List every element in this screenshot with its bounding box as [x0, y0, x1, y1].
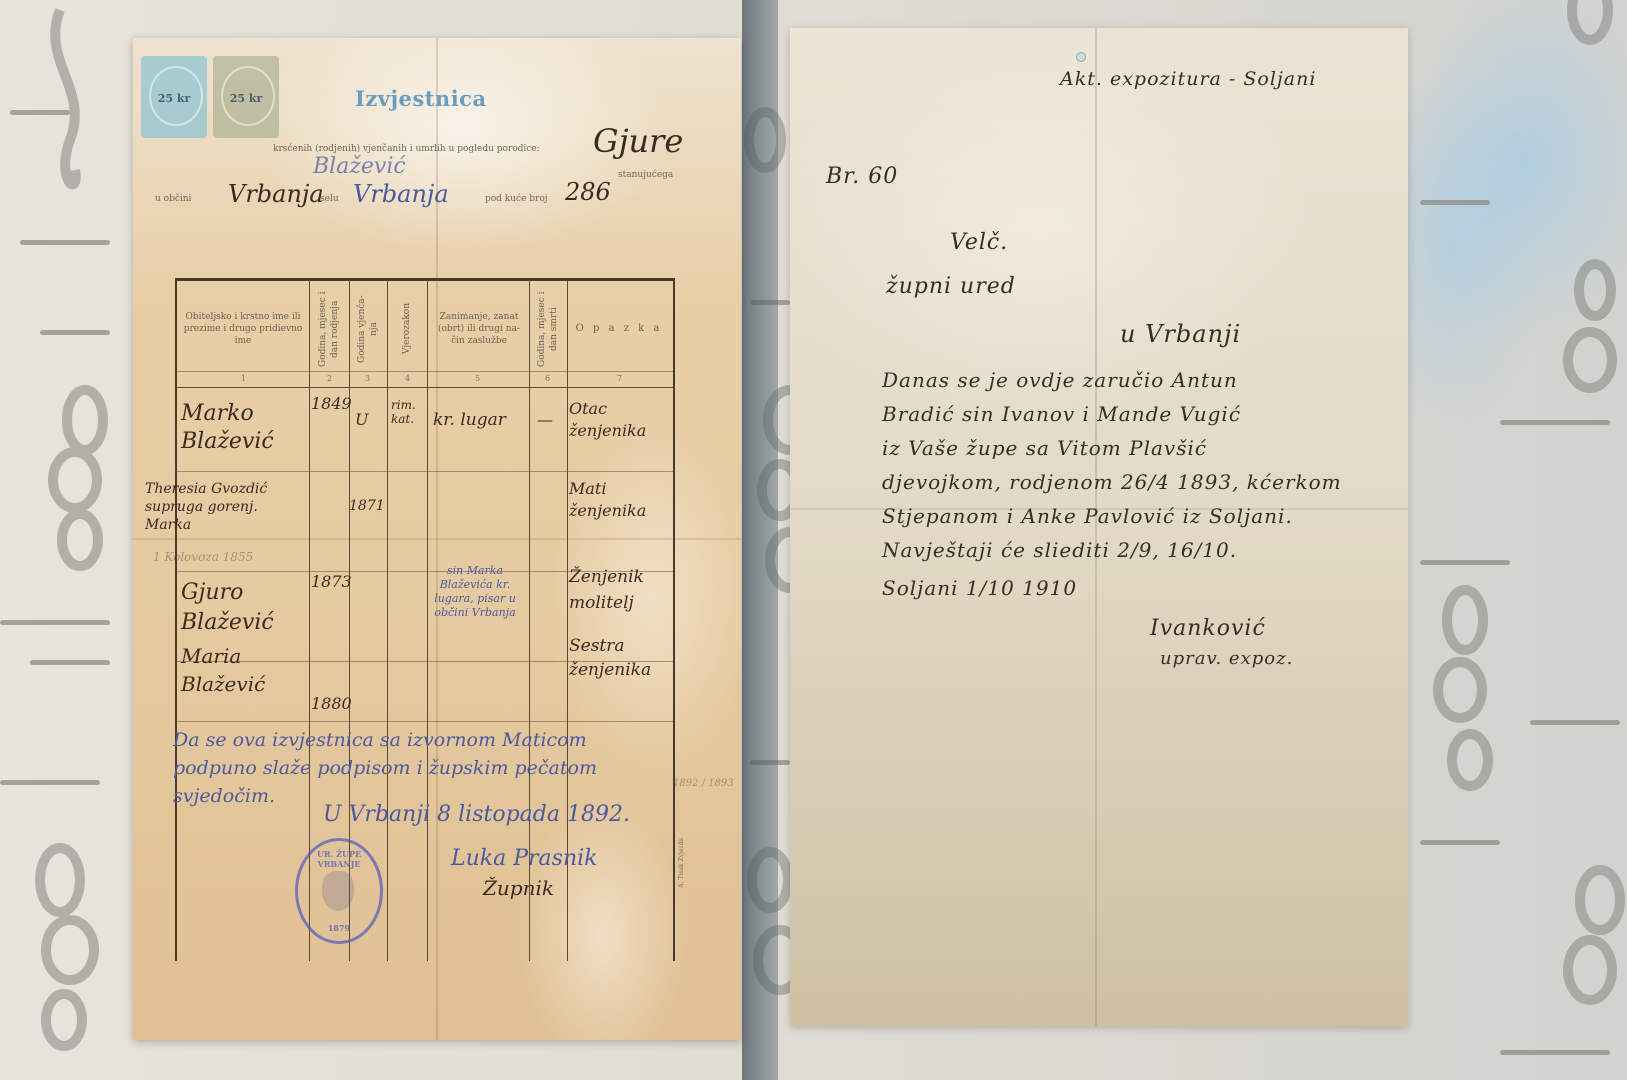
- column-header: Godina, mjesec i dan smrti: [531, 289, 565, 369]
- header-printed-text: krsćenih (rodjenih) vjenčanih i umrlih u…: [273, 144, 540, 154]
- header-obcina-value: Vrbanja: [228, 180, 324, 208]
- revenue-stamp: 25 kr: [141, 56, 207, 138]
- body-line: Danas se je ovdje zaručio Antun: [882, 368, 1238, 392]
- header-selo-value: Vrbanja: [353, 180, 449, 208]
- table-row-religion: rim. kat.: [391, 398, 425, 426]
- table-row-birth-year: 1880: [311, 694, 352, 713]
- column-header: Godina, mjesec i dan rodjenja: [311, 289, 347, 369]
- place-date: U Vrbanji 8 listopada 1892.: [323, 802, 630, 827]
- form-title: Izvjestnica: [355, 86, 487, 111]
- signature-title: Župnik: [483, 876, 554, 900]
- column-header: O p a z k a: [569, 289, 669, 369]
- column-number: 2: [327, 374, 332, 383]
- printer-mark: A. Tisak Zvjezda: [678, 838, 685, 888]
- addressee: župni ured: [886, 274, 1016, 299]
- table-row-name: Marko Blažević: [181, 400, 301, 456]
- column-number: 3: [365, 374, 370, 383]
- row-divider: [177, 721, 673, 722]
- wallpaper-dash: [40, 330, 110, 335]
- column-number: 5: [475, 374, 480, 383]
- table-row-marriage: 1871: [349, 498, 385, 514]
- table-row-occupation: sin Marka Blaževića kr. lugara, pisar u …: [425, 564, 525, 620]
- letter-document: Akt. expozitura - Soljani Br. 60 Velč. ž…: [790, 28, 1408, 1026]
- table-row-remark: Sestra ženjenika: [569, 634, 669, 682]
- table-row-birth: 1873: [311, 572, 352, 591]
- column-number: 7: [617, 374, 622, 383]
- body-line: Stjepanom i Anke Pavlović iz Soljani.: [882, 504, 1293, 528]
- table-row-remark: Mati ženjenika: [569, 478, 669, 522]
- row-divider: [177, 387, 673, 388]
- wallpaper-dash: [1500, 420, 1610, 425]
- table-row-name: Theresia Gvozdić supruga gorenj. Marka: [145, 480, 275, 534]
- certification-text: Da se ova izvjestnica sa izvornom Matico…: [173, 726, 673, 810]
- table-row-occupation: kr. lugar: [433, 410, 506, 430]
- izvjestnica-document: 25 kr 25 kr Izvjestnica krsćenih (rodjen…: [133, 38, 741, 1040]
- body-line: Bradić sin Ivanov i Mande Vugić: [882, 402, 1241, 426]
- body-line: djevojkom, rodjenom 26/4 1893, kćerkom: [882, 470, 1342, 494]
- signature: Luka Prasnik: [451, 846, 597, 871]
- signature-title: uprav. expoz.: [1160, 648, 1293, 669]
- pin-icon: [1076, 52, 1086, 62]
- wallpaper-dash: [1500, 1050, 1610, 1055]
- header-house-label: pod kuće broj: [485, 194, 548, 204]
- wallpaper-dash: [1420, 840, 1500, 845]
- margin-note: 1 Kolovoza 1855: [153, 550, 253, 564]
- seal-emblem-icon: [322, 871, 354, 911]
- date-line: Soljani 1/10 1910: [882, 576, 1077, 600]
- letterhead: Akt. expozitura - Soljani: [1060, 68, 1316, 90]
- table-row-name: Maria Blažević: [181, 642, 301, 698]
- column-number: 4: [405, 374, 410, 383]
- table-row-death: —: [537, 410, 553, 429]
- wallpaper-dash: [20, 240, 110, 245]
- column-header: Obiteljsko i krstno ime ili prezime i dr…: [181, 289, 305, 369]
- table-row-remark: Otac ženjenika: [569, 398, 669, 442]
- table-row-remark: Ženjenik molitelj: [569, 564, 669, 616]
- column-number: 6: [545, 374, 550, 383]
- column-number: 1: [241, 374, 246, 383]
- column-header: Godina vjenča-nja: [351, 289, 385, 369]
- signature: Ivanković: [1150, 616, 1266, 641]
- wallpaper-dash: [10, 110, 70, 115]
- column-header: Zanimanje, zanat (obrt) ili drugi na-čin…: [433, 289, 525, 369]
- header-stanujuceg-label: stanujućega: [618, 170, 673, 180]
- wallpaper-dash: [0, 780, 100, 785]
- header-house-number: 286: [565, 178, 611, 206]
- wallpaper-dash: [1420, 560, 1510, 565]
- wallpaper-dash: [30, 660, 110, 665]
- wallpaper-dash: [1420, 200, 1490, 205]
- column-header: Vjerozakon: [389, 289, 425, 369]
- column-divider: [427, 281, 428, 961]
- salutation: Velč.: [950, 230, 1008, 255]
- shadow-strip: [742, 0, 778, 1080]
- header-surname: Blažević: [313, 154, 406, 179]
- table-row-birth: 1849: [311, 394, 352, 413]
- pencil-note: 1892 / 1893: [673, 778, 734, 789]
- table-row-marriage: U: [355, 410, 368, 429]
- wallpaper-dash: [0, 620, 110, 625]
- header-family-name: Gjure: [593, 122, 683, 160]
- wallpaper-dash: [1530, 720, 1620, 725]
- row-divider: [177, 471, 673, 472]
- body-line: Navještaji će sliediti 2/9, 16/10.: [882, 538, 1237, 562]
- body-line: iz Vaše župe sa Vitom Plavšić: [882, 436, 1207, 460]
- header-obcina-label: u občini: [155, 194, 191, 204]
- revenue-stamp: 25 kr: [213, 56, 279, 138]
- table-row-name: Gjuro Blažević: [181, 578, 301, 638]
- header-selo-label: selu: [320, 194, 339, 204]
- reference-number: Br. 60: [826, 164, 898, 189]
- addressee-place: u Vrbanji: [1120, 320, 1241, 348]
- row-divider: [177, 371, 673, 372]
- parish-seal: UR. ŽUPE VRBANJE 1879: [295, 838, 383, 944]
- column-divider: [387, 281, 388, 961]
